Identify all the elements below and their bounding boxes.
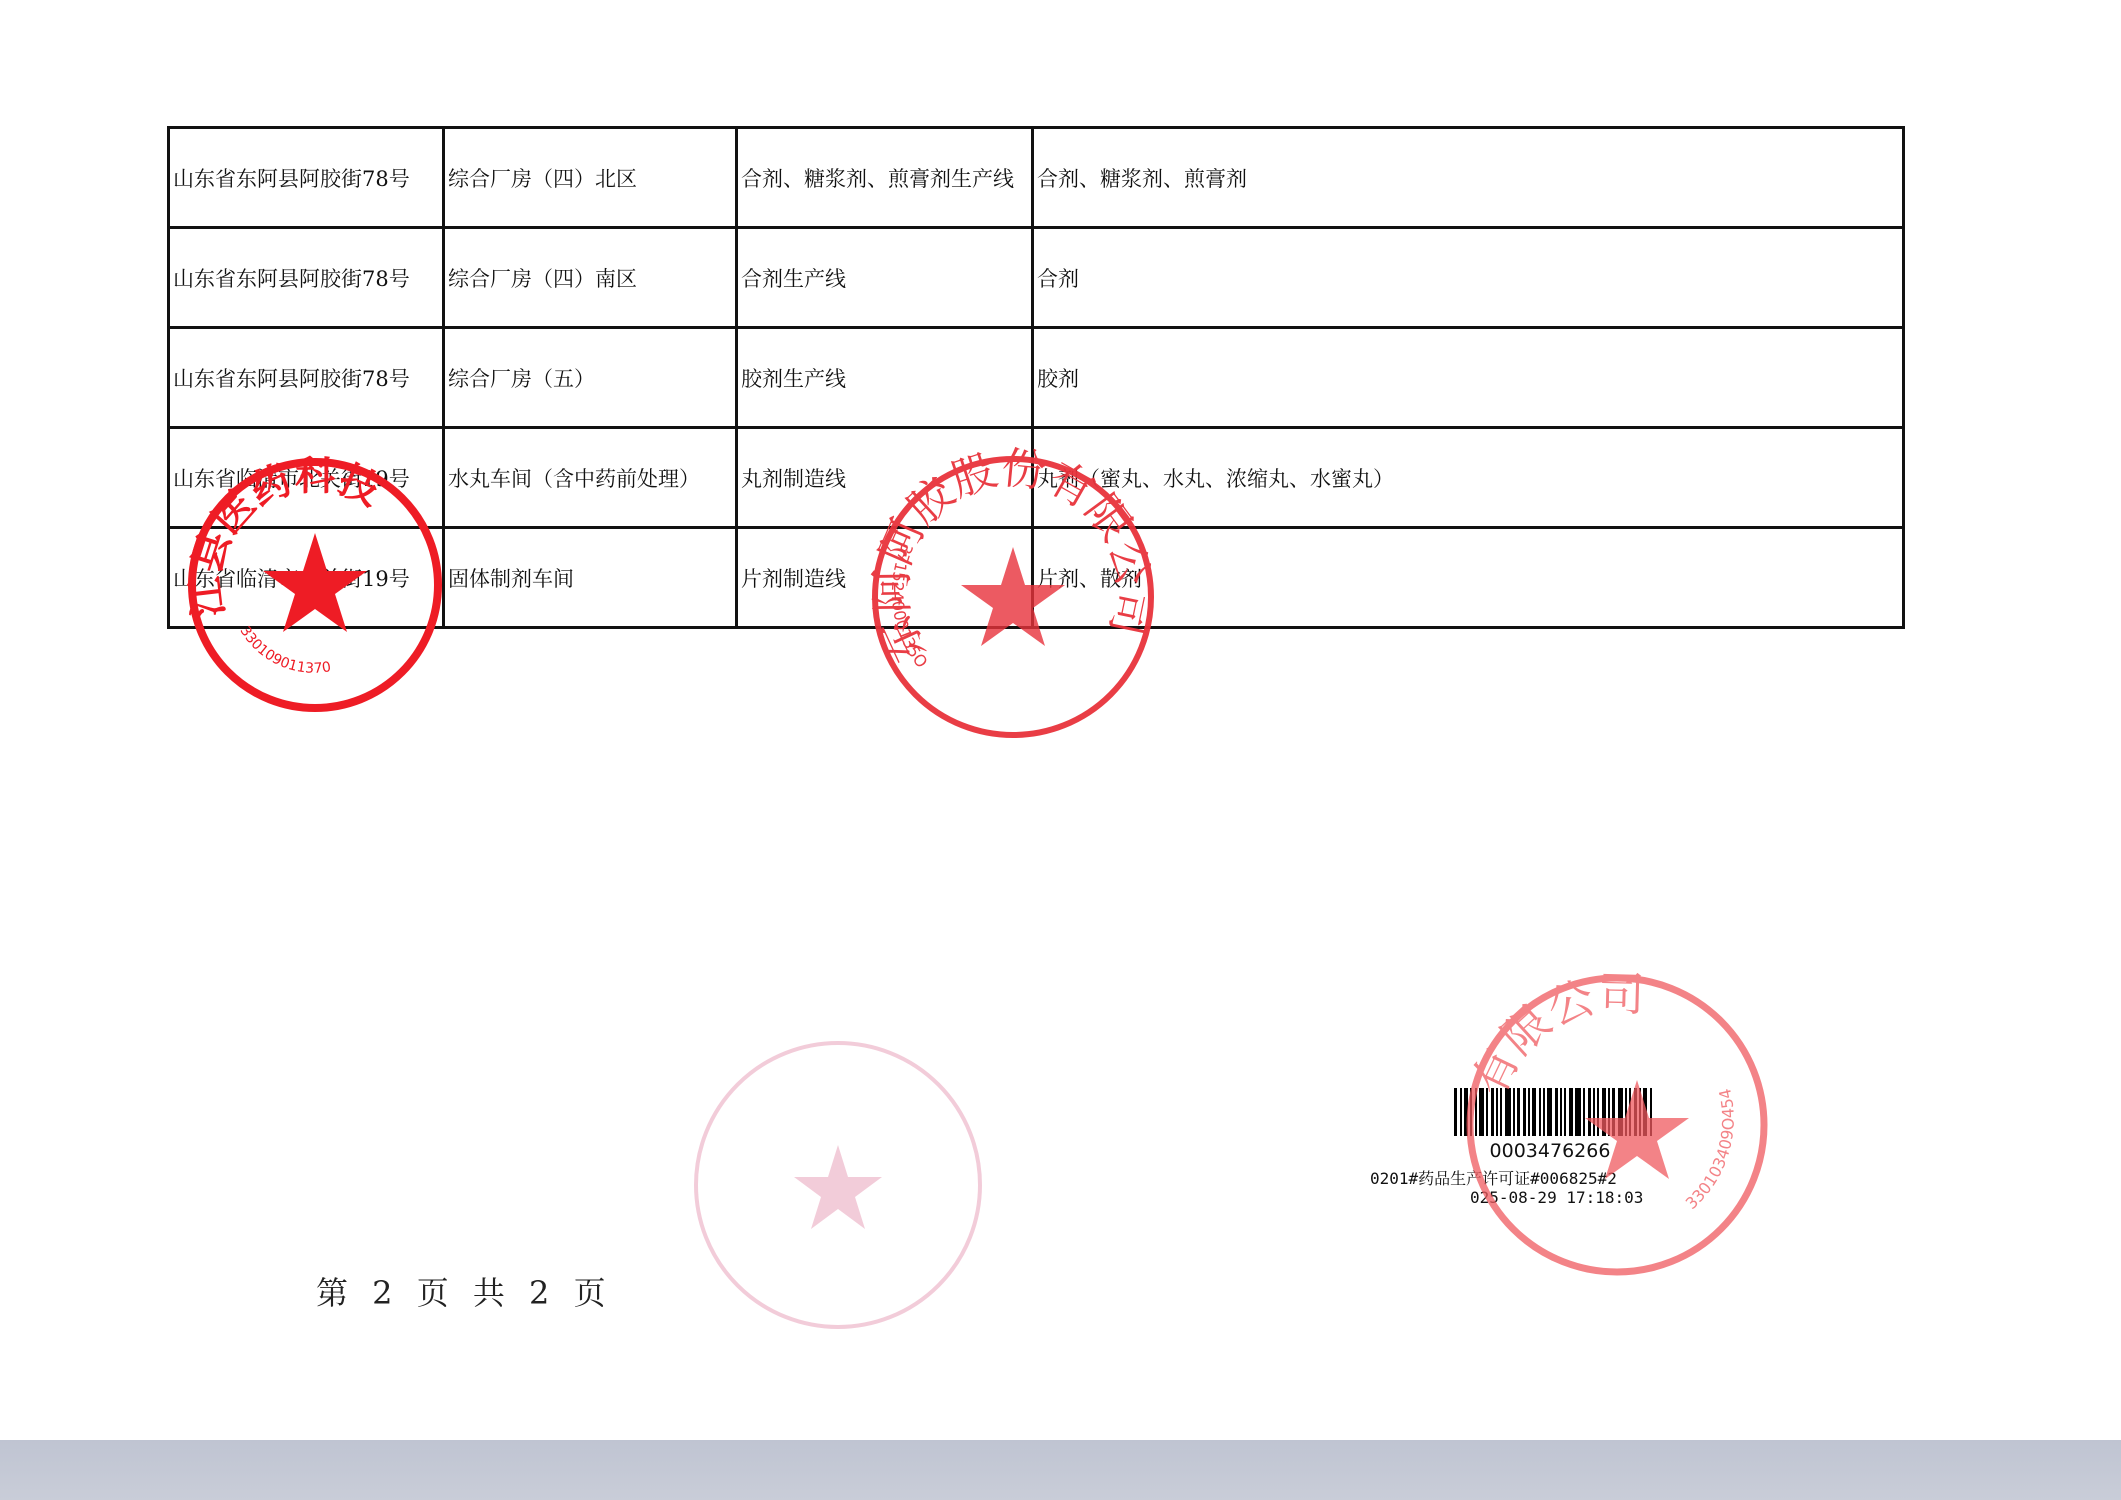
dosage-form-cell: 合剂 (1033, 228, 1904, 328)
workshop-cell: 综合厂房（四）北区 (444, 128, 737, 228)
address-cell: 山东省东阿县阿胶街78号 (169, 328, 444, 428)
barcode-timestamp: 025-08-29 17:18:03 (1470, 1188, 1643, 1207)
barcode-license-line: 0201#药品生产许可证#006825#2 (1370, 1166, 1617, 1189)
address-cell: 山东省临清市北关街19号 (169, 528, 444, 628)
page-number: 第 2 页 共 2 页 (316, 1268, 608, 1314)
workshop-cell: 水丸车间（含中药前处理） (444, 428, 737, 528)
table-row: 山东省临清市北关街19号水丸车间（含中药前处理）丸剂制造线丸剂（蜜丸、水丸、浓缩… (169, 428, 1904, 528)
workshop-cell: 综合厂房（四）南区 (444, 228, 737, 328)
barcode (1454, 1088, 1680, 1136)
barcode-number: 0003476266 (1370, 1140, 1730, 1162)
scanner-background (0, 1440, 2121, 1500)
dosage-form-cell: 合剂、糖浆剂、煎膏剂 (1033, 128, 1904, 228)
table-row: 山东省东阿县阿胶街78号综合厂房（四）南区合剂生产线合剂 (169, 228, 1904, 328)
workshop-cell: 固体制剂车间 (444, 528, 737, 628)
production-line-cell: 合剂、糖浆剂、煎膏剂生产线 (737, 128, 1033, 228)
address-cell: 山东省东阿县阿胶街78号 (169, 228, 444, 328)
table-row: 山东省临清市北关街19号固体制剂车间片剂制造线片剂、散剂 (169, 528, 1904, 628)
production-lines-table: 山东省东阿县阿胶街78号综合厂房（四）北区合剂、糖浆剂、煎膏剂生产线合剂、糖浆剂… (167, 126, 1905, 629)
workshop-cell: 综合厂房（五） (444, 328, 737, 428)
production-line-cell: 丸剂制造线 (737, 428, 1033, 528)
barcode-label: 0003476266 0201#药品生产许可证#006825#2 025-08-… (1370, 1088, 1730, 1228)
dosage-form-cell: 丸剂（蜜丸、水丸、浓缩丸、水蜜丸） (1033, 428, 1904, 528)
production-line-cell: 胶剂生产线 (737, 328, 1033, 428)
dosage-form-cell: 胶剂 (1033, 328, 1904, 428)
dosage-form-cell: 片剂、散剂 (1033, 528, 1904, 628)
address-cell: 山东省临清市北关街19号 (169, 428, 444, 528)
table-row: 山东省东阿县阿胶街78号综合厂房（四）北区合剂、糖浆剂、煎膏剂生产线合剂、糖浆剂… (169, 128, 1904, 228)
production-line-cell: 合剂生产线 (737, 228, 1033, 328)
table-row: 山东省东阿县阿胶街78号综合厂房（五）胶剂生产线胶剂 (169, 328, 1904, 428)
address-cell: 山东省东阿县阿胶街78号 (169, 128, 444, 228)
production-line-cell: 片剂制造线 (737, 528, 1033, 628)
